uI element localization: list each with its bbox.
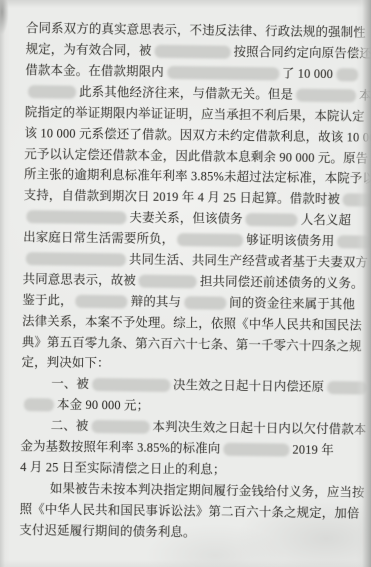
redaction-block: [24, 398, 54, 411]
line-text: 按照合同约定向原告偿还: [233, 46, 371, 60]
line-text: 本金 90 000 元；: [57, 399, 149, 413]
line-text: 法律关系，本案不予处理。综上，依照《中华人民共和国民法: [22, 315, 362, 332]
redaction-block: [343, 193, 371, 206]
redaction-block: [336, 68, 358, 81]
redaction-block: [246, 213, 298, 227]
redaction-block: [26, 210, 126, 224]
redaction-block: [28, 85, 76, 99]
line-text: 决生效之日起十日内偿还原: [173, 379, 324, 393]
line-text: 规定，为有效合同，被: [26, 43, 152, 57]
line-text: 共同意思表示，故被: [23, 273, 136, 287]
line-text: 借款本金。在借款期限内: [25, 64, 164, 78]
line-text: 出家庭日常生活需要所负，: [23, 231, 174, 245]
line-text: 了 10 000: [282, 67, 333, 80]
line-text: 如果被告未按本判决指定期间履行金钱给付义务，应当按: [50, 482, 365, 499]
redaction-block: [184, 296, 226, 310]
judgment-text-block: 合同系双方的真实意思表示，不违反法律、行政法规的强制性 规定，为有效合同，被 按…: [0, 0, 371, 567]
redaction-block: [91, 420, 149, 434]
redaction-block: [167, 66, 279, 80]
scanned-judgment-photo: 合同系双方的真实意思表示，不违反法律、行政法规的强制性 规定，为有效合同，被 按…: [0, 0, 371, 567]
line-text: 所主张的逾期利息标准年利率 3.85%未超过法定标准，本院予以: [24, 169, 371, 186]
line-text: 元予以认定偿还借款本金，因此借款本息剩余 90 000 元。原告: [24, 148, 368, 165]
line-text: 金为基数按照年利率 3.85%的标准向: [20, 440, 220, 455]
line-text: 二、被: [51, 420, 89, 433]
text-line: 支付迟延履行期间的债务利息。: [19, 519, 358, 544]
line-text: 该 10 000 元系偿还了借款。因双方未约定借款利息，故该 10 000: [24, 127, 371, 144]
line-text: 定，判决如下：: [21, 357, 109, 371]
redaction-block: [337, 235, 371, 248]
line-text: 共同生活、共同生产经营或者基于夫妻双方: [129, 253, 368, 269]
redaction-block: [327, 381, 367, 395]
redaction-block: [223, 442, 289, 456]
redaction-block: [76, 294, 128, 308]
line-text: 4 月 25 日至实际清偿之日止的利息；: [20, 461, 226, 476]
line-text: 2019 年: [292, 444, 334, 457]
line-text: 人名义超: [301, 214, 352, 227]
line-text: 典》第五百零九条、第六百六十七条、第一千零六十四条之规: [22, 336, 362, 353]
redaction-block: [296, 88, 356, 102]
line-text: 支持，自借款到期次日 2019 年 4 月 25 日起算。借款时被: [24, 189, 341, 206]
line-text: 本: [359, 89, 371, 102]
line-text: 一、被: [51, 378, 89, 391]
redaction-block: [92, 378, 170, 392]
line-text: 支付迟延履行期间的债务利息。: [19, 524, 195, 539]
line-text: 间的资金往来属于其他: [229, 297, 355, 311]
redaction-block: [154, 45, 230, 59]
line-text: 够证明该债务用: [246, 234, 334, 248]
line-text: 担共同偿还前述债务的义务。: [200, 275, 364, 290]
line-text: 鉴于此，: [22, 294, 73, 307]
line-text: 合同系双方的真实意思表示，不违反法律、行政法规的强制性: [26, 22, 366, 39]
redaction-block: [26, 252, 126, 266]
line-text: 辩的其与: [131, 295, 182, 308]
line-text: 夫妻关系，但该债务: [129, 212, 242, 226]
line-text: 本判决生效之日起十日内以欠付借款本: [152, 421, 366, 436]
line-text: 照《中华人民共和国民事诉讼法》第二百六十条之规定，加倍: [20, 503, 360, 520]
redaction-block: [139, 274, 197, 288]
redaction-block: [177, 233, 243, 247]
line-text: 院指定的举证期限内举证证明，应当承担不利后果，本院认定: [25, 106, 365, 123]
line-text: 此系其他经济往来，与借款无关。但是: [79, 86, 293, 101]
